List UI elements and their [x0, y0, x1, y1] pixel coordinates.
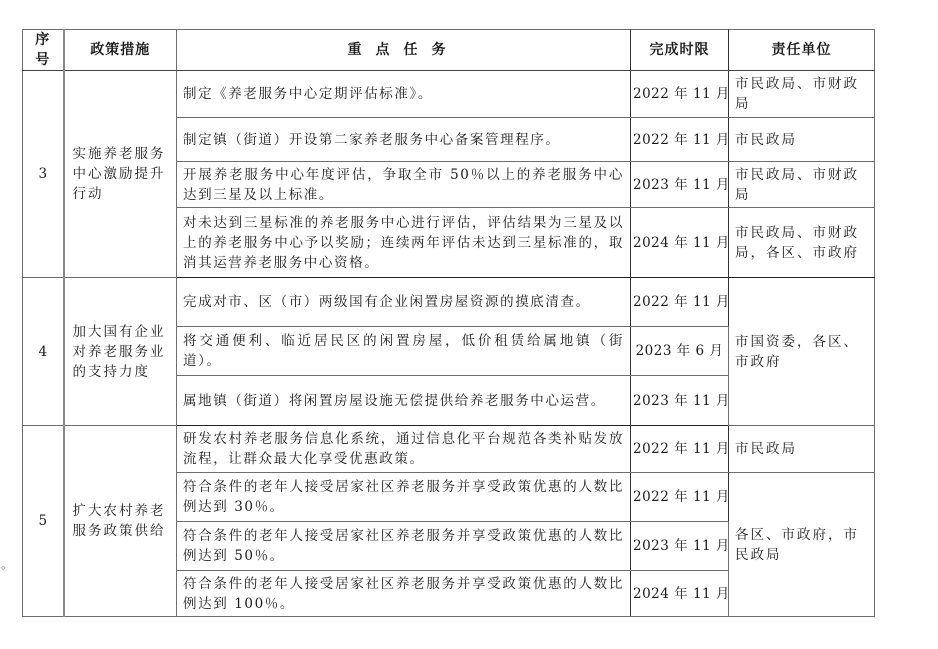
deadline-cell: 2022 年 11 月	[631, 278, 729, 327]
unit-cell: 市民政局	[729, 426, 875, 473]
task-cell: 开展养老服务中心年度评估，争取全市 50％以上的养老服务中心达到三星及以上标准。	[177, 162, 631, 208]
task-cell: 对未达到三星标准的养老服务中心进行评估，评估结果为三星及以上的养老服务中心予以奖…	[177, 208, 631, 278]
task-cell: 属地镇（街道）将闲置房屋设施无偿提供给养老服务中心运营。	[177, 376, 631, 426]
task-cell: 研发农村养老服务信息化系统，通过信息化平台规范各类补贴发放流程，让群众最大化享受…	[177, 426, 631, 473]
unit-cell: 市民政局、市财政局，各区、市政府	[729, 208, 875, 278]
deadline-cell: 2022 年 11 月	[631, 426, 729, 473]
unit-cell: 各区、市政府，市民政局	[729, 473, 875, 617]
deadline-cell: 2022 年 11 月	[631, 71, 729, 118]
policy-measure: 扩大农村养老服务政策供给	[64, 426, 177, 617]
task-cell: 完成对市、区（市）两级国有企业闲置房屋资源的摸底清查。	[177, 278, 631, 327]
group-number: 4	[23, 278, 64, 426]
table-row: 3 实施养老服务中心激励提升行动 制定《养老服务中心定期评估标准》。 2022 …	[23, 71, 875, 118]
deadline-cell: 2024 年 11 月	[631, 571, 729, 617]
deadline-cell: 2023 年 11 月	[631, 162, 729, 208]
unit-cell: 市民政局、市财政局	[729, 71, 875, 118]
table-header-row: 序号 政策措施 重点任务 完成时限 责任单位	[23, 30, 875, 71]
policy-measure: 实施养老服务中心激励提升行动	[64, 71, 177, 278]
table-row: 4 加大国有企业对养老服务业的支持力度 完成对市、区（市）两级国有企业闲置房屋资…	[23, 278, 875, 327]
header-deadline: 完成时限	[631, 30, 729, 71]
deadline-cell: 2023 年 11 月	[631, 376, 729, 426]
deadline-cell: 2024 年 11 月	[631, 208, 729, 278]
header-unit: 责任单位	[729, 30, 875, 71]
policy-measure: 加大国有企业对养老服务业的支持力度	[64, 278, 177, 426]
unit-cell: 市民政局、市财政局	[729, 162, 875, 208]
policy-task-table: 序号 政策措施 重点任务 完成时限 责任单位 3 实施养老服务中心激励提升行动 …	[22, 29, 875, 617]
unit-cell: 市国资委，各区、市政府	[729, 278, 875, 426]
task-cell: 制定镇（街道）开设第二家养老服务中心备案管理程序。	[177, 118, 631, 162]
deadline-cell: 2023 年 6 月	[631, 327, 729, 376]
header-task: 重点任务	[177, 30, 631, 71]
task-cell: 符合条件的老年人接受居家社区养老服务并享受政策优惠的人数比例达到 100％。	[177, 571, 631, 617]
header-no: 序号	[23, 30, 64, 71]
task-cell: 将交通便利、临近居民区的闲置房屋，低价租赁给属地镇（街道）。	[177, 327, 631, 376]
deadline-cell: 2023 年 11 月	[631, 522, 729, 571]
group-number: 3	[23, 71, 64, 278]
margin-marker: ◦	[0, 562, 7, 575]
task-cell: 制定《养老服务中心定期评估标准》。	[177, 71, 631, 118]
task-cell: 符合条件的老年人接受居家社区养老服务并享受政策优惠的人数比例达到 50％。	[177, 522, 631, 571]
table-row: 5 扩大农村养老服务政策供给 研发农村养老服务信息化系统，通过信息化平台规范各类…	[23, 426, 875, 473]
task-cell: 符合条件的老年人接受居家社区养老服务并享受政策优惠的人数比例达到 30％。	[177, 473, 631, 522]
header-measure: 政策措施	[64, 30, 177, 71]
group-number: 5	[23, 426, 64, 617]
unit-cell: 市民政局	[729, 118, 875, 162]
deadline-cell: 2022 年 11 月	[631, 473, 729, 522]
deadline-cell: 2022 年 11 月	[631, 118, 729, 162]
